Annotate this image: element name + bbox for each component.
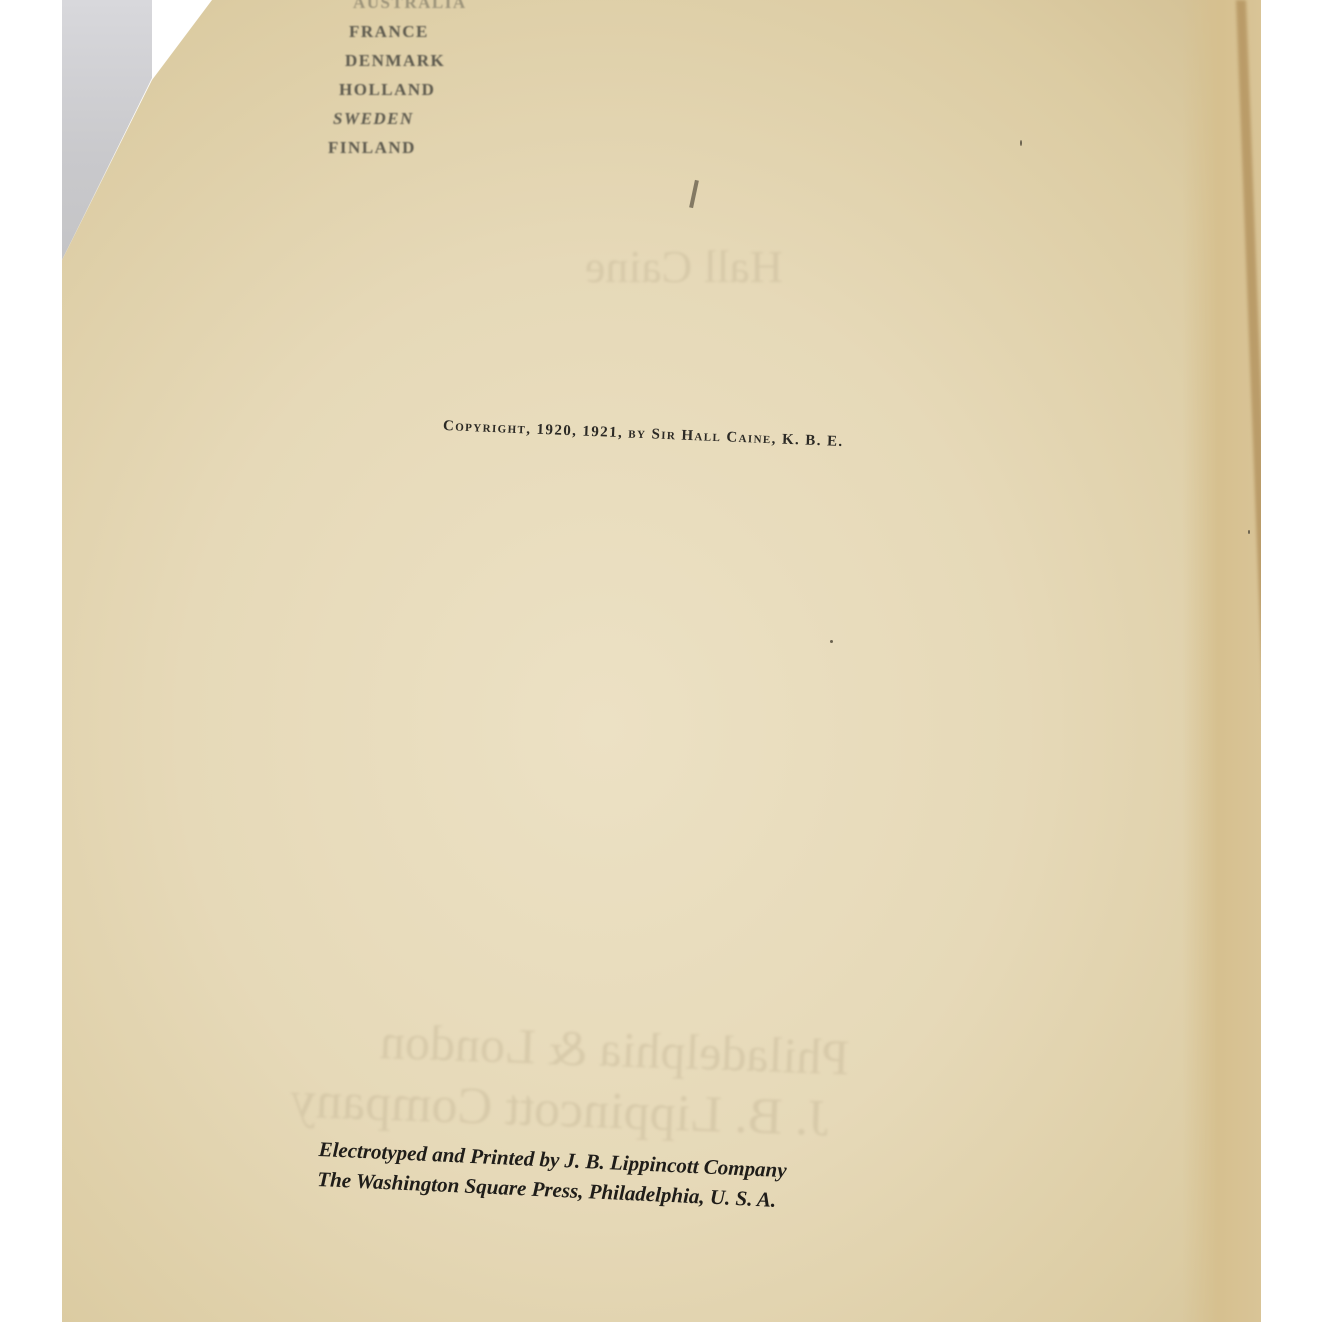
show-through-author: Hall Caine	[585, 240, 783, 293]
country-item: AUSTRALIA	[325, 0, 467, 17]
paper-speck	[1248, 530, 1250, 534]
photo-border	[1261, 0, 1322, 1322]
countries-list: AUSTRALIA FRANCE DENMARK HOLLAND SWEDEN …	[325, 0, 467, 162]
country-item: HOLLAND	[325, 75, 467, 104]
paper-speck	[830, 640, 833, 643]
country-item: FRANCE	[325, 17, 467, 46]
country-item: SWEDEN	[325, 104, 467, 133]
country-item: FINLAND	[325, 133, 467, 162]
paper-speck	[1020, 140, 1022, 146]
country-item: DENMARK	[325, 46, 467, 75]
